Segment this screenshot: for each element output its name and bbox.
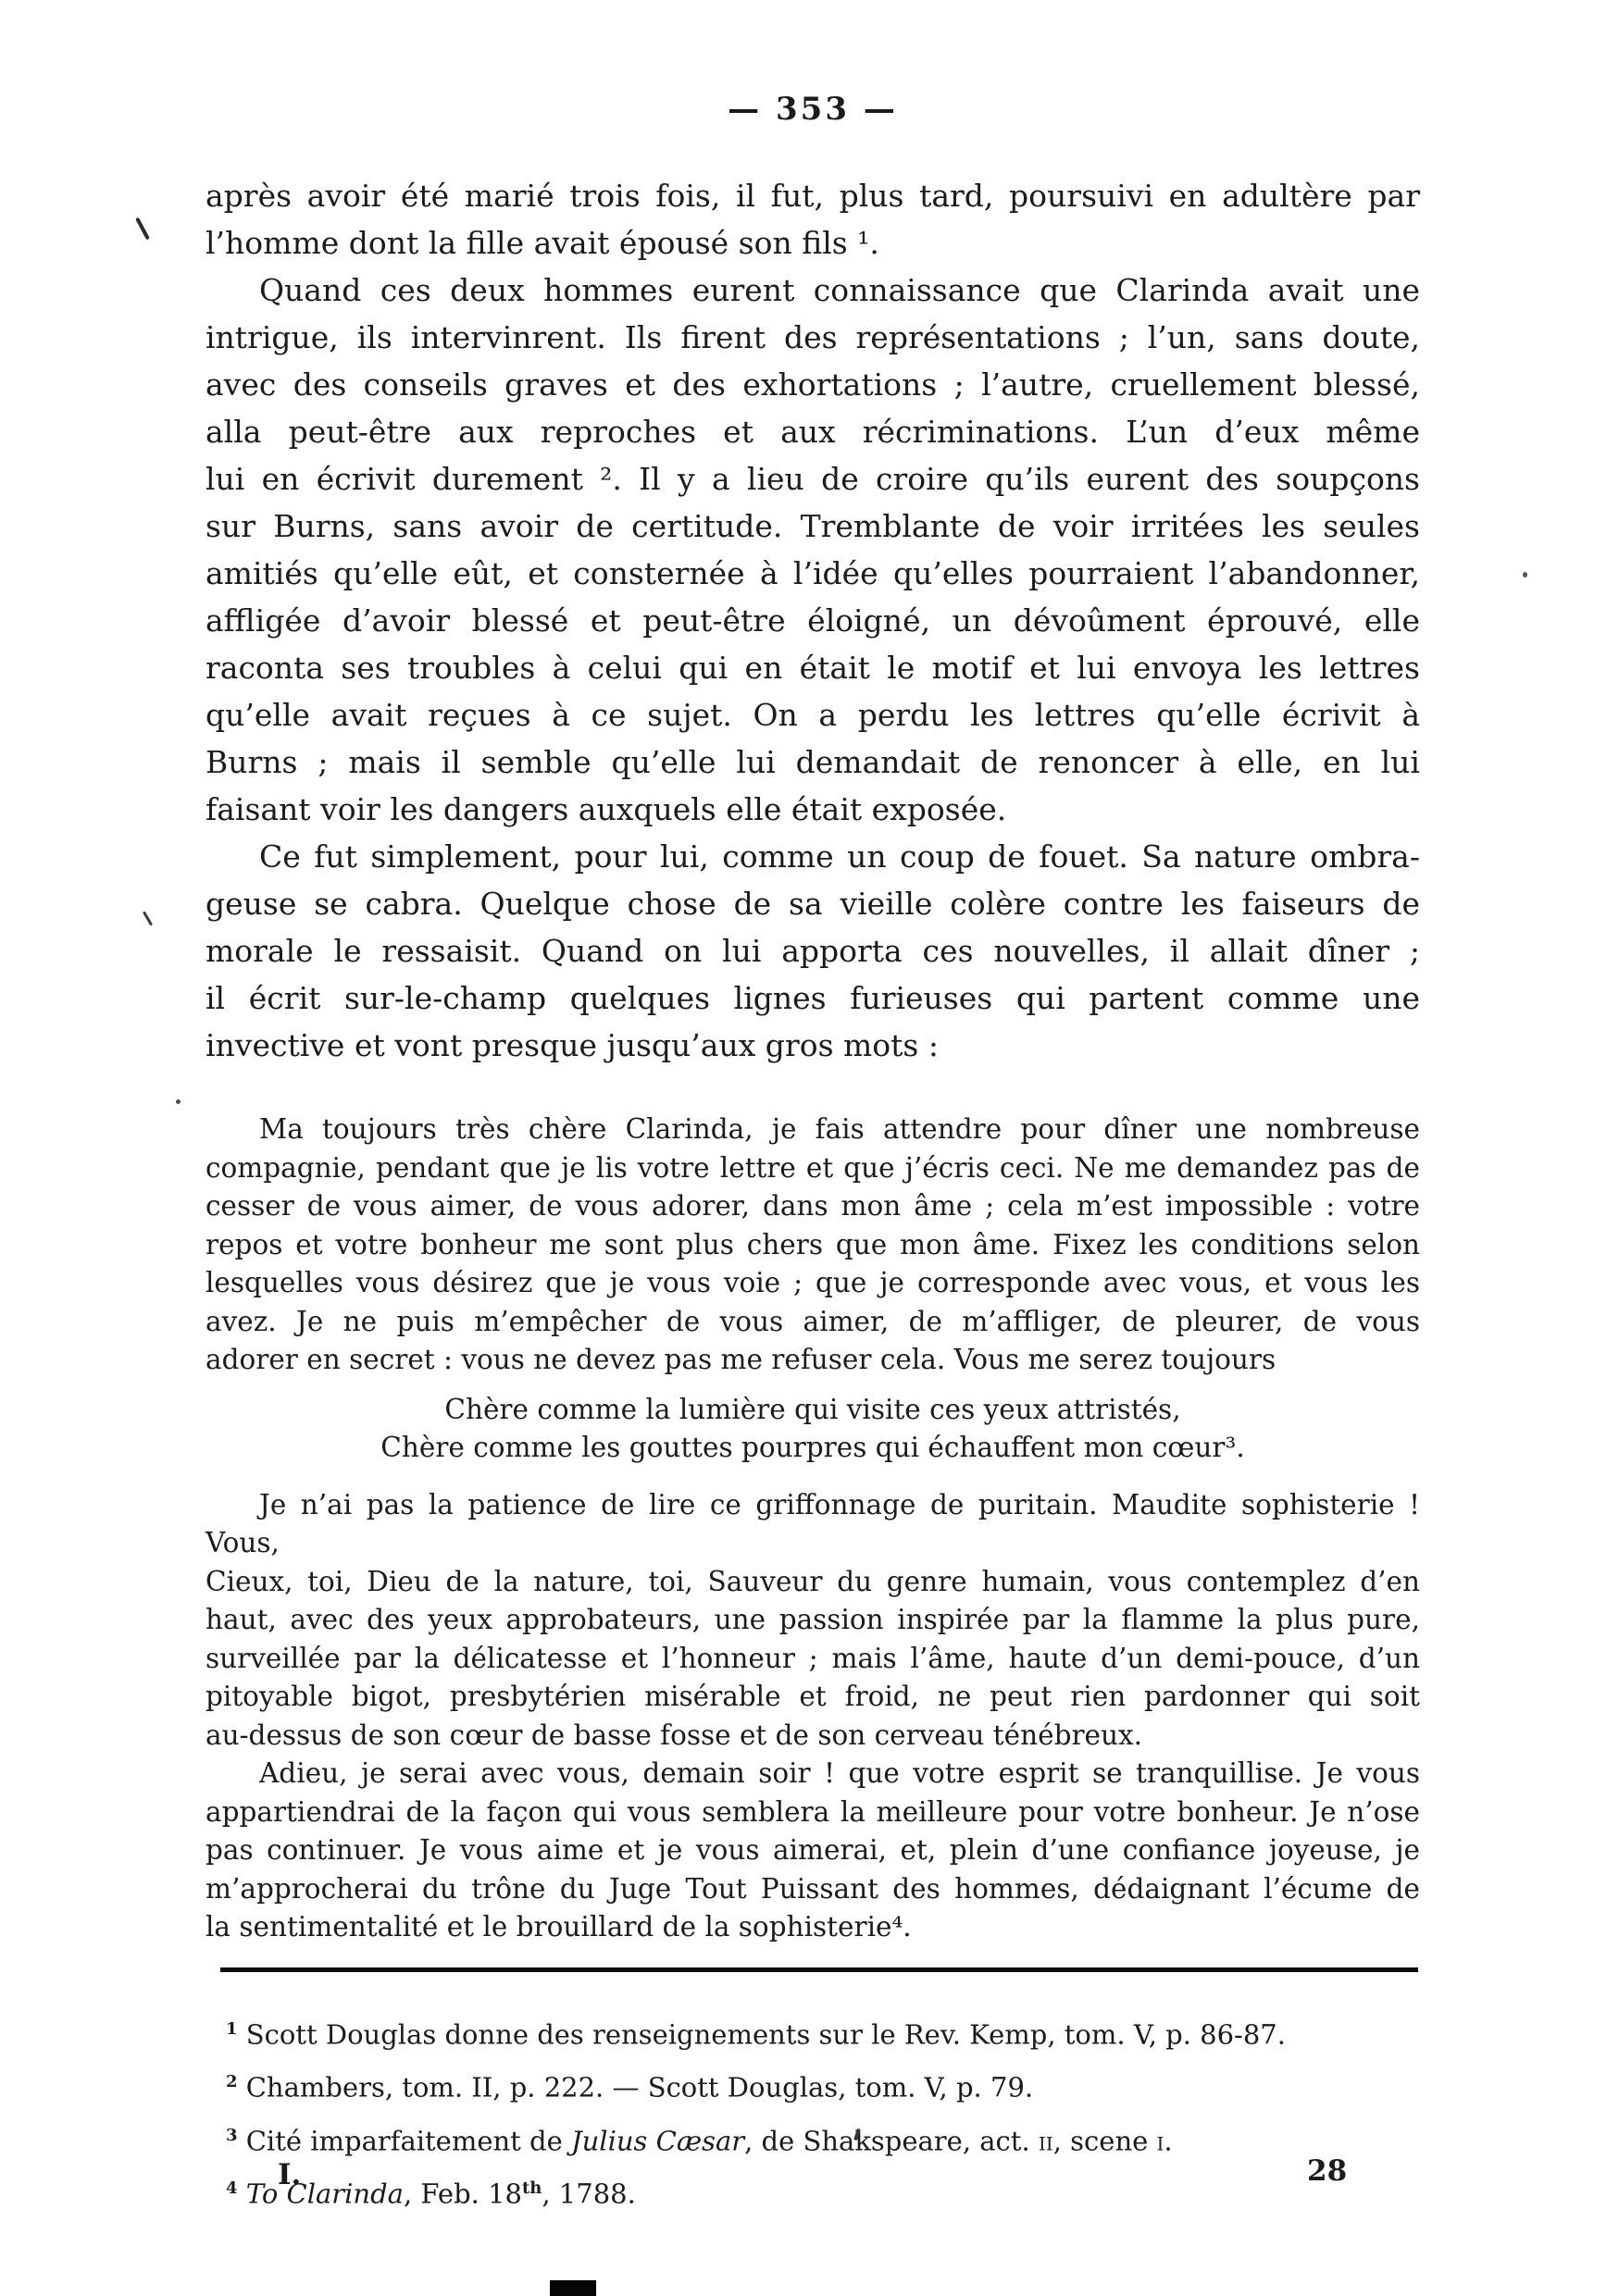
footnote-text: , scene [1053,2125,1157,2156]
text-line: Ce fut simplement, pour lui, comme un co… [205,833,1420,880]
text-line: Ma toujours très chère Clarinda, je fais… [205,1111,1420,1149]
text-line: intrigue, ils intervinrent. Ils firent d… [205,314,1420,361]
scan-artifact-dot [1523,572,1527,577]
footnote-text: , 1788. [542,2178,635,2210]
footnote-text: Chambers, tom. II, p. 222. — Scott Dougl… [238,2072,1034,2104]
footnote-text [238,2178,246,2210]
footnote-marker: 1 [226,2019,238,2039]
main-paragraph-3: Ce fut simplement, pour lui, comme un co… [205,833,1420,1069]
footnote-text: Julius Cæsar [571,2125,744,2156]
letter-paragraph-1: Ma toujours très chère Clarinda, je fais… [205,1111,1420,1380]
text-line: sur Burns, sans avoir de certitude. Trem… [205,503,1420,550]
footnote-text: , Feb. 18 [404,2178,522,2210]
text-line: lui en écrivit durement ². Il y a lieu d… [205,455,1420,503]
text-column: après avoir été marié trois fois, il fut… [205,172,1420,2218]
footnote-text: To Clarinda [246,2178,404,2210]
footnote-text: ii [1039,2125,1053,2156]
footnote-text: Cité imparfaitement de [238,2125,571,2156]
footnote-marker: 2 [226,2072,238,2091]
text-line: Burns ; mais il semble qu’elle lui deman… [205,738,1420,786]
scan-artifact-stroke [143,911,153,925]
footnote-text: , de Shakspeare, act. [744,2125,1039,2156]
page-number: — 353 — [205,91,1420,128]
footnotes: 1 Scott Douglas donne des renseignements… [205,2005,1420,2219]
footnote-marker: 3 [226,2126,238,2145]
footnote-marker: th [522,2178,542,2198]
text-line: Chère comme les gouttes pourpres qui éch… [205,1429,1420,1468]
text-line: haut, avec des yeux approbateurs, une pa… [205,1601,1420,1640]
verse-couplet: Chère comme la lumière qui visite ces ye… [205,1391,1420,1468]
main-paragraph-2: Quand ces deux hommes eurent connaissanc… [205,267,1420,833]
text-line: compagnie, pendant que je lis votre lett… [205,1149,1420,1188]
sheet-signature-number: 28 [1307,2154,1347,2188]
text-line: surveillée par la délicatesse et l’honne… [205,1640,1420,1679]
text-line: après avoir été marié trois fois, il fut… [205,172,1420,219]
text-line: avez. Je ne puis m’empêcher de vous aime… [205,1303,1420,1342]
footnote: 2 Chambers, tom. II, p. 222. — Scott Dou… [226,2058,1420,2112]
scan-artifact-dot [176,1099,181,1104]
text-line: au-dessus de son cœur de basse fosse et … [205,1717,1420,1756]
text-line: il écrit sur-le-champ quelques lignes fu… [205,974,1420,1022]
text-line: cesser de vous aimer, de vous adorer, da… [205,1187,1420,1226]
volume-signature: I. [278,2158,301,2191]
footnote-text: . [1164,2125,1172,2156]
text-line: amitiés qu’elle eût, et consternée à l’i… [205,550,1420,597]
footnote-text: Scott Douglas donne des renseignements s… [238,2018,1286,2050]
text-line: pitoyable bigot, presbytérien misérable … [205,1678,1420,1717]
text-line: adorer en secret : vous ne devez pas me … [205,1341,1420,1380]
text-line: alla peut-être aux reproches et aux récr… [205,408,1420,455]
text-line: appartiendrai de la façon qui vous sembl… [205,1793,1420,1832]
footnote: 1 Scott Douglas donne des renseignements… [226,2005,1420,2059]
book-page: — 353 — après avoir été marié trois fois… [0,0,1619,2296]
text-line: Quand ces deux hommes eurent connaissanc… [205,267,1420,314]
text-line: morale le ressaisit. Quand on lui apport… [205,927,1420,974]
text-line: Chère comme la lumière qui visite ces ye… [205,1391,1420,1430]
footnote-divider-rule [220,1967,1418,1972]
text-line: la sentimentalité et le brouillard de la… [205,1908,1420,1947]
text-line: geuse se cabra. Quelque chose de sa viei… [205,880,1420,927]
scan-artifact-bar [550,2280,596,2296]
text-line: affligée d’avoir blessé et peut-être élo… [205,597,1420,644]
letter-paragraph-3: Adieu, je serai avec vous, demain soir !… [205,1755,1420,1947]
text-line: invective et vont presque jusqu’aux gros… [205,1022,1420,1069]
scan-artifact-stroke [135,217,150,241]
footnote-marker: 4 [226,2178,238,2198]
text-line: faisant voir les dangers auxquels elle é… [205,786,1420,833]
text-line: l’homme dont la fille avait épousé son f… [205,219,1420,267]
text-line: qu’elle avait reçues à ce sujet. On a pe… [205,691,1420,738]
footnote: 3 Cité imparfaitement de Julius Cæsar, d… [226,2112,1420,2166]
text-line: pas continuer. Je vous aime et je vous a… [205,1831,1420,1870]
main-paragraph-1: après avoir été marié trois fois, il fut… [205,172,1420,267]
text-line: Adieu, je serai avec vous, demain soir !… [205,1755,1420,1793]
text-line: Je n’ai pas la patience de lire ce griff… [205,1486,1420,1563]
text-line: m’approcherai du trône du Juge Tout Puis… [205,1870,1420,1909]
footnote: 4 To Clarinda, Feb. 18th, 1788. [226,2165,1420,2218]
text-line: lesquelles vous désirez que je vous voie… [205,1264,1420,1303]
text-line: raconta ses troubles à celui qui en étai… [205,644,1420,691]
letter-paragraph-2: Je n’ai pas la patience de lire ce griff… [205,1486,1420,1756]
text-line: repos et votre bonheur me sont plus cher… [205,1226,1420,1265]
text-line: Cieux, toi, Dieu de la nature, toi, Sauv… [205,1563,1420,1602]
text-line: avec des conseils graves et des exhortat… [205,361,1420,408]
